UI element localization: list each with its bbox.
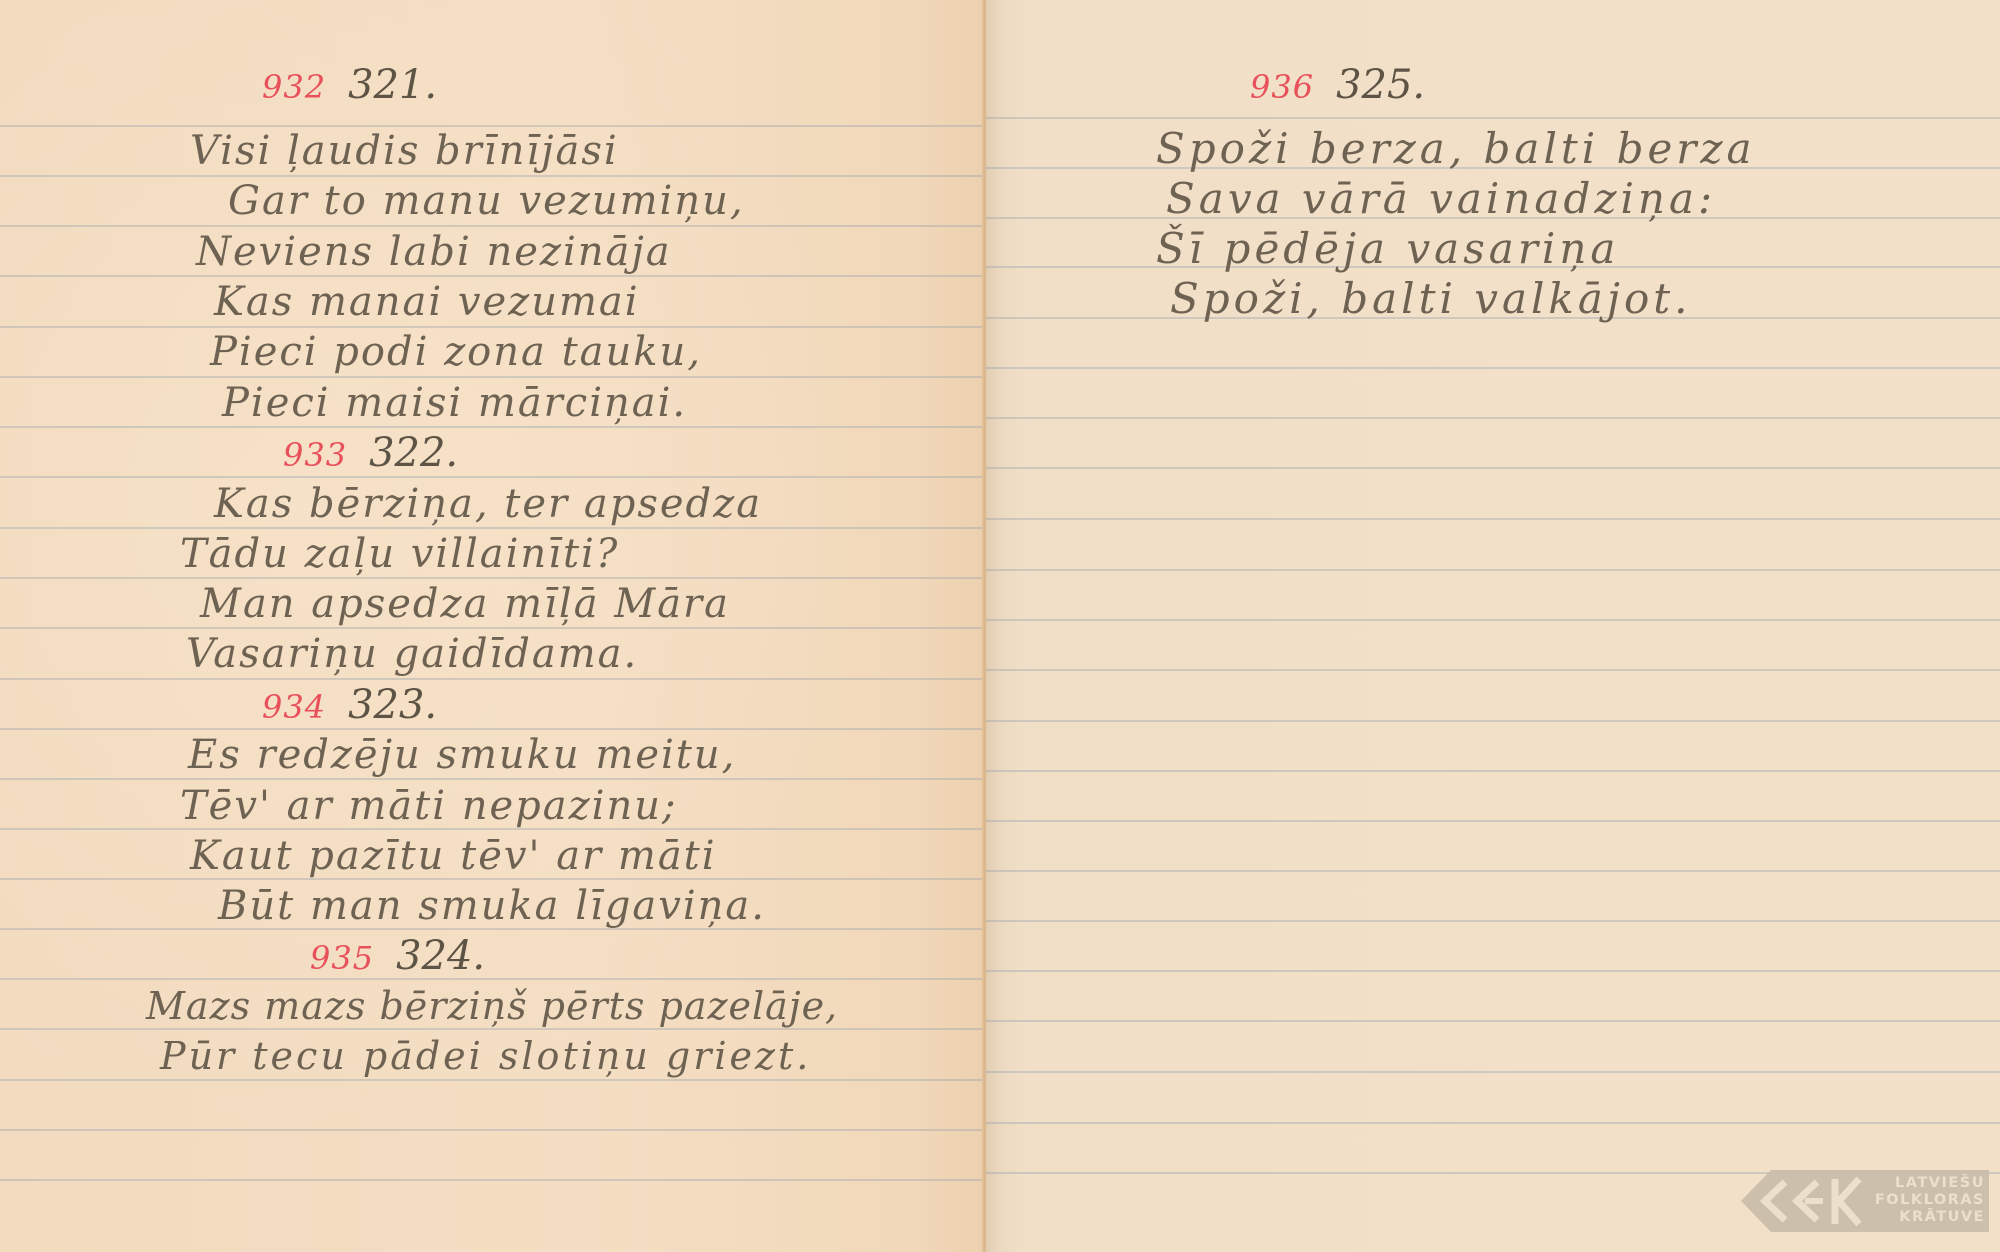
rule-line [986,117,2000,119]
verse-line: Spoži, balti valkājot. [1170,274,1691,323]
rule-line [986,569,2000,571]
entry-header: 932321. [262,62,437,108]
notebook-spread: 932321. Visi ļaudis brīnījāsi Gar to man… [0,0,2000,1252]
entry-header: 936325. [1250,62,1425,108]
archive-number: 933 [283,436,347,474]
rule-line [986,619,2000,621]
rule-line [0,678,986,680]
archive-number: 932 [262,68,326,106]
rule-line [0,125,986,127]
verse-line: Pūr tecu pādei slotiņu griezt. [160,1034,811,1078]
rule-line [0,1028,986,1030]
rule-line [0,1179,986,1181]
rule-line [986,1122,2000,1124]
rule-line [986,720,2000,722]
rule-line [986,970,2000,972]
rule-line [0,326,986,328]
archive-number: 934 [262,688,326,726]
rule-line [986,820,2000,822]
rule-line [986,669,2000,671]
verse-line: Gar to manu vezumiņu, [228,178,745,224]
rule-line [986,467,2000,469]
rule-line [0,426,986,428]
archive-number: 936 [1250,68,1314,106]
verse-line: Mazs mazs bērziņš pērts pazelāje, [146,984,838,1028]
rule-line [986,920,2000,922]
song-number: 324. [396,933,485,979]
verse-line: Tādu zaļu villainīti? [180,531,619,577]
rule-line [0,728,986,730]
rule-line [0,1129,986,1131]
lfk-logo-text: LATVIEŠU FOLKLORAS KRĀTUVE [1869,1175,1985,1226]
verse-line: Pieci maisi mārciņai. [222,380,687,426]
verse-line: Man apsedza mīļā Māra [200,581,730,627]
verse-line: Sava vārā vainadziņa: [1166,174,1716,223]
rule-line [0,627,986,629]
rule-line [0,527,986,529]
rule-line [0,225,986,227]
rule-line [0,778,986,780]
song-number: 322. [369,430,458,476]
rule-line [986,770,2000,772]
logo-line: KRĀTUVE [1869,1209,1985,1226]
rule-line [0,175,986,177]
archive-number: 935 [310,939,374,977]
logo-line: LATVIEŠU [1869,1175,1985,1192]
logo-line: FOLKLORAS [1869,1192,1985,1209]
rule-line [986,367,2000,369]
verse-line: Neviens labi nezināja [196,229,672,275]
rule-line [986,1071,2000,1073]
rule-line [986,870,2000,872]
rule-line [0,275,986,277]
left-page: 932321. Visi ļaudis brīnījāsi Gar to man… [0,0,986,1252]
verse-line: Vasariņu gaidīdama. [186,631,638,677]
verse-line: Tēv' ar māti nepazinu; [180,783,677,829]
song-number: 323. [348,682,437,728]
rule-line [0,577,986,579]
rule-line [986,518,2000,520]
verse-line: Visi ļaudis brīnījāsi [190,128,619,174]
verse-line: Spoži berza, balti berza [1156,124,1756,173]
verse-line: Būt man smuka līgaviņa. [218,883,766,929]
verse-line: Kas manai vezumai [214,279,640,325]
verse-line: Pieci podi zona tauku, [210,329,702,375]
rule-line [0,376,986,378]
verse-line: Šī pēdēja vasariņa [1156,224,1619,273]
right-page: 936325. Spoži berza, balti berza Sava vā… [986,0,2000,1252]
verse-line: Kaut pazītu tēv' ar māti [190,833,717,879]
rule-line [0,1079,986,1081]
verse-line: Kas bērziņa, ter apsedza [214,481,762,527]
entry-header: 935324. [310,933,485,979]
entry-header: 934323. [262,682,437,728]
rule-line [0,978,986,980]
rule-line [986,417,2000,419]
entry-header: 933322. [283,430,458,476]
rule-line [0,476,986,478]
song-number: 325. [1336,62,1425,108]
verse-line: Es redzēju smuku meitu, [188,732,736,778]
song-number: 321. [348,62,437,108]
lfk-watermark-logo: LATVIEŠU FOLKLORAS KRĀTUVE [1741,1170,1989,1232]
rule-line [986,1020,2000,1022]
